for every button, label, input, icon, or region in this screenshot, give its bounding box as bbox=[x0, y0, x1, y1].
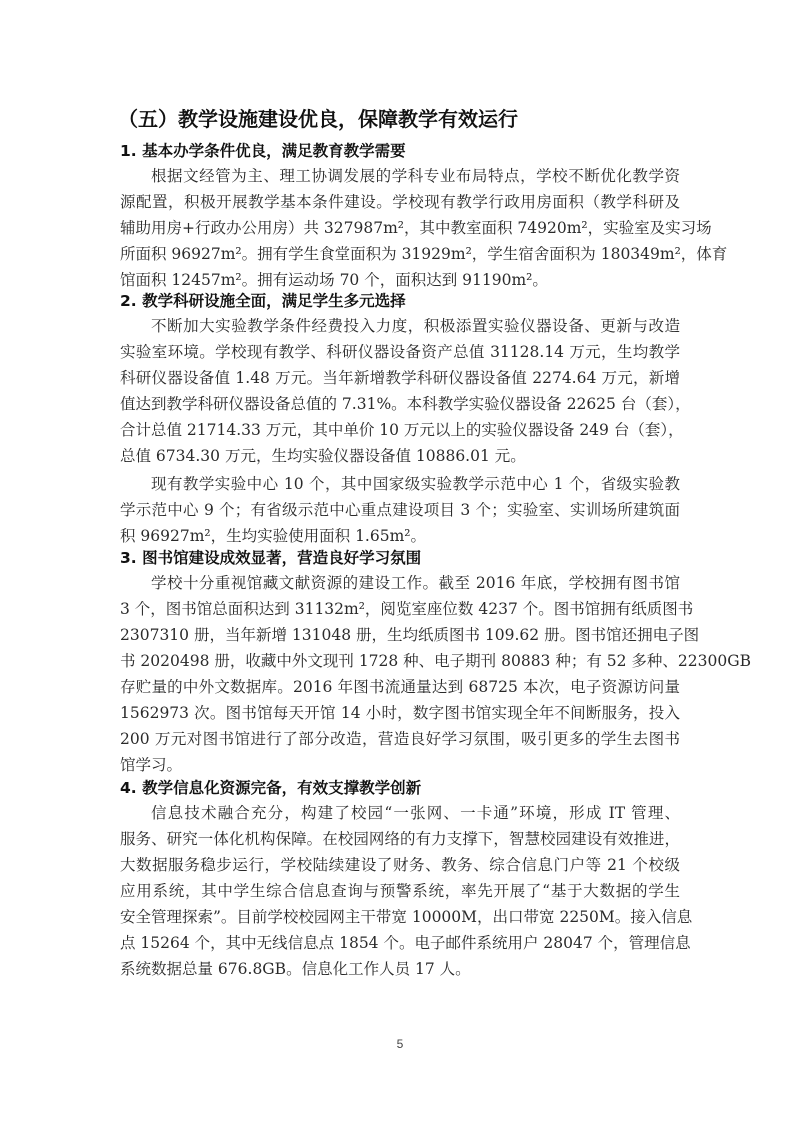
subsection-heading-4: 4. 教学信息化资源完备，有效支撑教学创新 bbox=[120, 778, 421, 798]
subsection-heading-1: 1. 基本办学条件优良，满足教育教学需要 bbox=[120, 141, 406, 161]
paragraph-line: 2307310 册，当年新增 131048 册，生均纸质图书 109.62 册。… bbox=[120, 625, 680, 645]
paragraph-line: 合计总值 21714.33 万元，其中单价 10 万元以上的实验仪器设备 249… bbox=[120, 420, 680, 440]
paragraph-line: 安全管理探索”。目前学校校园网主干带宽 10000M，出口带宽 2250M。接入… bbox=[120, 907, 680, 927]
paragraph-line: 学示范中心 9 个；有省级示范中心重点建设项目 3 个；实验室、实训场所建筑面 bbox=[120, 500, 680, 520]
paragraph-line: 科研仪器设备值 1.48 万元。当年新增教学科研仪器设备值 2274.64 万元… bbox=[120, 368, 680, 388]
paragraph-line: 学校十分重视馆藏文献资源的建设工作。截至 2016 年底，学校拥有图书馆 bbox=[151, 573, 680, 593]
subsection-heading-3: 3. 图书馆建设成效显著，营造良好学习氛围 bbox=[120, 548, 421, 568]
paragraph-line: 源配置，积极开展教学基本条件建设。学校现有教学行政用房面积（教学科研及 bbox=[120, 192, 680, 212]
document-page: （五）教学设施建设优良，保障教学有效运行 1. 基本办学条件优良，满足教育教学需… bbox=[0, 0, 800, 1132]
paragraph-line: 200 万元对图书馆进行了部分改造，营造良好学习氛围，吸引更多的学生去图书 bbox=[120, 729, 680, 749]
paragraph-line: 3 个，图书馆总面积达到 31132m²，阅览室座位数 4237 个。图书馆拥有… bbox=[120, 599, 680, 619]
paragraph-line: 实验室环境。学校现有教学、科研仪器设备资产总值 31128.14 万元，生均教学 bbox=[120, 342, 680, 362]
paragraph-line: 值达到教学科研仪器设备总值的 7.31%。本科教学实验仪器设备 22625 台（… bbox=[120, 394, 680, 414]
paragraph-line: 根据文经管为主、理工协调发展的学科专业布局特点，学校不断优化教学资 bbox=[151, 166, 680, 186]
paragraph-line: 1562973 次。图书馆每天开馆 14 小时，数字图书馆实现全年不间断服务，投… bbox=[120, 703, 680, 723]
paragraph-line: 书 2020498 册，收藏中外文现刊 1728 种、电子期刊 80883 种；… bbox=[120, 651, 680, 671]
page-number: 5 bbox=[390, 1037, 410, 1051]
section-title: （五）教学设施建设优良，保障教学有效运行 bbox=[118, 106, 518, 132]
paragraph-line: 存贮量的中外文数据库。2016 年图书流通量达到 68725 本次，电子资源访问… bbox=[120, 677, 680, 697]
paragraph-line: 积 96927m²，生均实验使用面积 1.65m²。 bbox=[120, 526, 680, 546]
paragraph-line: 大数据服务稳步运行，学校陆续建设了财务、教务、综合信息门户等 21 个校级 bbox=[120, 855, 680, 875]
paragraph-line: 系统数据总量 676.8GB。信息化工作人员 17 人。 bbox=[120, 959, 680, 979]
paragraph-line: 辅助用房+行政办公用房）共 327987m²，其中教室面积 74920m²，实验… bbox=[120, 218, 680, 238]
paragraph-line: 服务、研究一体化机构保障。在校园网络的有力支撑下，智慧校园建设有效推进， bbox=[120, 829, 680, 849]
paragraph-line: 点 15264 个，其中无线信息点 1854 个。电子邮件系统用户 28047 … bbox=[120, 933, 680, 953]
paragraph-line: 现有教学实验中心 10 个，其中国家级实验教学示范中心 1 个，省级实验教 bbox=[151, 474, 680, 494]
paragraph-line: 不断加大实验教学条件经费投入力度，积极添置实验仪器设备、更新与改造 bbox=[151, 316, 680, 336]
subsection-heading-2: 2. 教学科研设施全面，满足学生多元选择 bbox=[120, 291, 406, 311]
paragraph-line: 馆学习。 bbox=[120, 755, 680, 775]
paragraph-line: 信息技术融合充分，构建了校园“一张网、一卡通”环境，形成 IT 管理、 bbox=[151, 803, 680, 823]
paragraph-line: 总值 6734.30 万元，生均实验仪器设备值 10886.01 元。 bbox=[120, 446, 680, 466]
paragraph-line: 馆面积 12457m²。拥有运动场 70 个，面积达到 91190m²。 bbox=[120, 270, 680, 290]
paragraph-line: 应用系统，其中学生综合信息查询与预警系统，率先开展了“基于大数据的学生 bbox=[120, 881, 680, 901]
paragraph-line: 所面积 96927m²。拥有学生食堂面积为 31929m²，学生宿舍面积为 18… bbox=[120, 244, 680, 264]
